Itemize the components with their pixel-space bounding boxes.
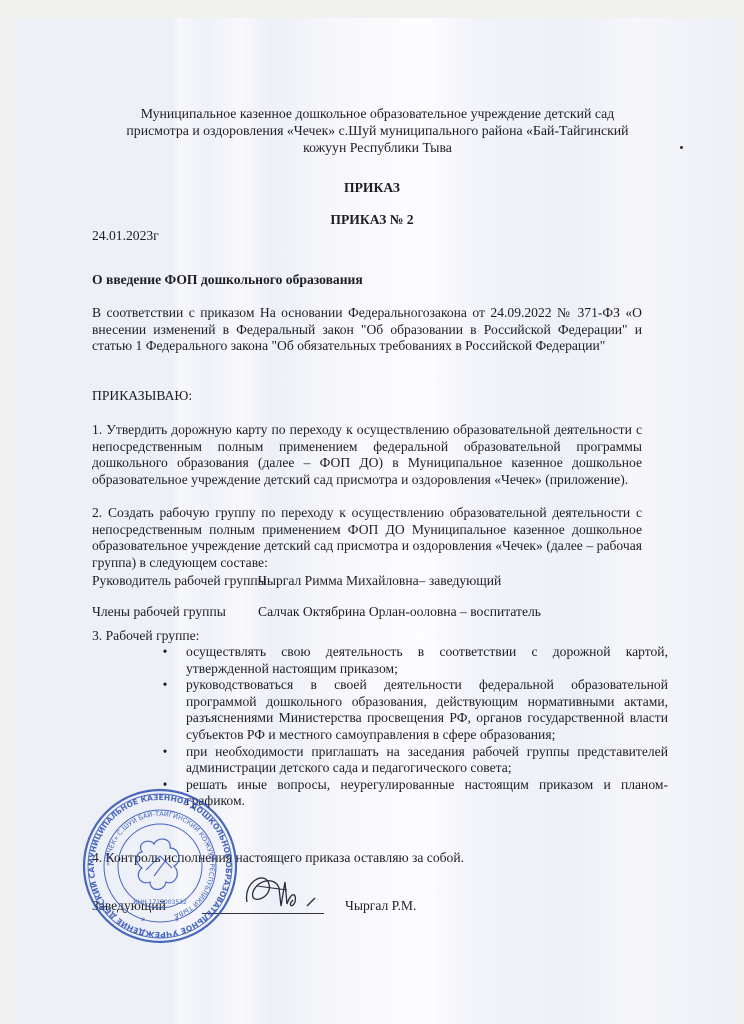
svg-text:✶: ✶ — [174, 916, 180, 924]
order-number: ПРИКАЗ № 2 — [0, 212, 744, 228]
scan-speck — [680, 146, 683, 149]
bullet-icon: • — [160, 744, 170, 761]
handwritten-signature-icon — [235, 862, 335, 914]
order-subject: О введение ФОП дошкольного образования — [92, 272, 363, 288]
group-member-role: Члены рабочей группы — [92, 604, 258, 620]
preamble-paragraph: В соответствии с приказом На основании Ф… — [92, 305, 642, 355]
task-item: • решать иные вопросы, неурегулированные… — [186, 777, 668, 810]
svg-text:ИНН 1713003532: ИНН 1713003532 — [133, 899, 187, 906]
task-text: руководствоваться в своей деятельности ф… — [186, 677, 668, 742]
item-3-heading: 3. Рабочей группе: — [92, 628, 199, 644]
task-text: осуществлять свою деятельность в соответ… — [186, 644, 668, 676]
signatory-name: Чыргал Р.М. — [345, 898, 416, 914]
task-text: решать иные вопросы, неурегулированные н… — [186, 777, 668, 809]
order-date: 24.01.2023г — [92, 228, 159, 244]
header-line-2: присмотра и оздоровления «Чечек» с.Шуй м… — [90, 123, 665, 140]
document-title: ПРИКАЗ — [0, 180, 744, 196]
bullet-icon: • — [160, 677, 170, 694]
header-line-1: Муниципальное казенное дошкольное образо… — [90, 106, 665, 123]
official-seal-icon: МУНИЦИПАЛЬНОЕ КАЗЕННОЕ ДОШКОЛЬНОЕ ОБРАЗО… — [80, 786, 240, 946]
item-1-paragraph: 1. Утвердить дорожную карту по переходу … — [92, 422, 642, 488]
group-member-row: Члены рабочей группыСалчак Октябрина Орл… — [92, 604, 541, 620]
header-line-3: кожуун Республики Тыва — [90, 140, 665, 157]
task-item: • осуществлять свою деятельность в соотв… — [186, 644, 668, 677]
task-text: при необходимости приглашать на заседани… — [186, 744, 668, 776]
group-leader-row: Руководитель рабочей группыЧыргал Римма … — [92, 573, 501, 589]
bullet-icon: • — [160, 644, 170, 661]
institution-header: Муниципальное казенное дошкольное образо… — [90, 106, 665, 156]
group-leader-role: Руководитель рабочей группы — [92, 573, 258, 589]
task-item: • руководствоваться в своей деятельности… — [186, 677, 668, 743]
item-2-paragraph: 2. Создать рабочую группу по переходу к … — [92, 505, 642, 571]
task-item: • при необходимости приглашать на заседа… — [186, 744, 668, 777]
group-member-person: Салчак Октябрина Орлан-ооловна – воспита… — [258, 604, 541, 619]
svg-text:✶: ✶ — [140, 916, 146, 924]
group-leader-person: Чыргал Римма Михайловна– заведующий — [258, 573, 501, 588]
order-word: ПРИКАЗЫВАЮ: — [92, 388, 192, 404]
